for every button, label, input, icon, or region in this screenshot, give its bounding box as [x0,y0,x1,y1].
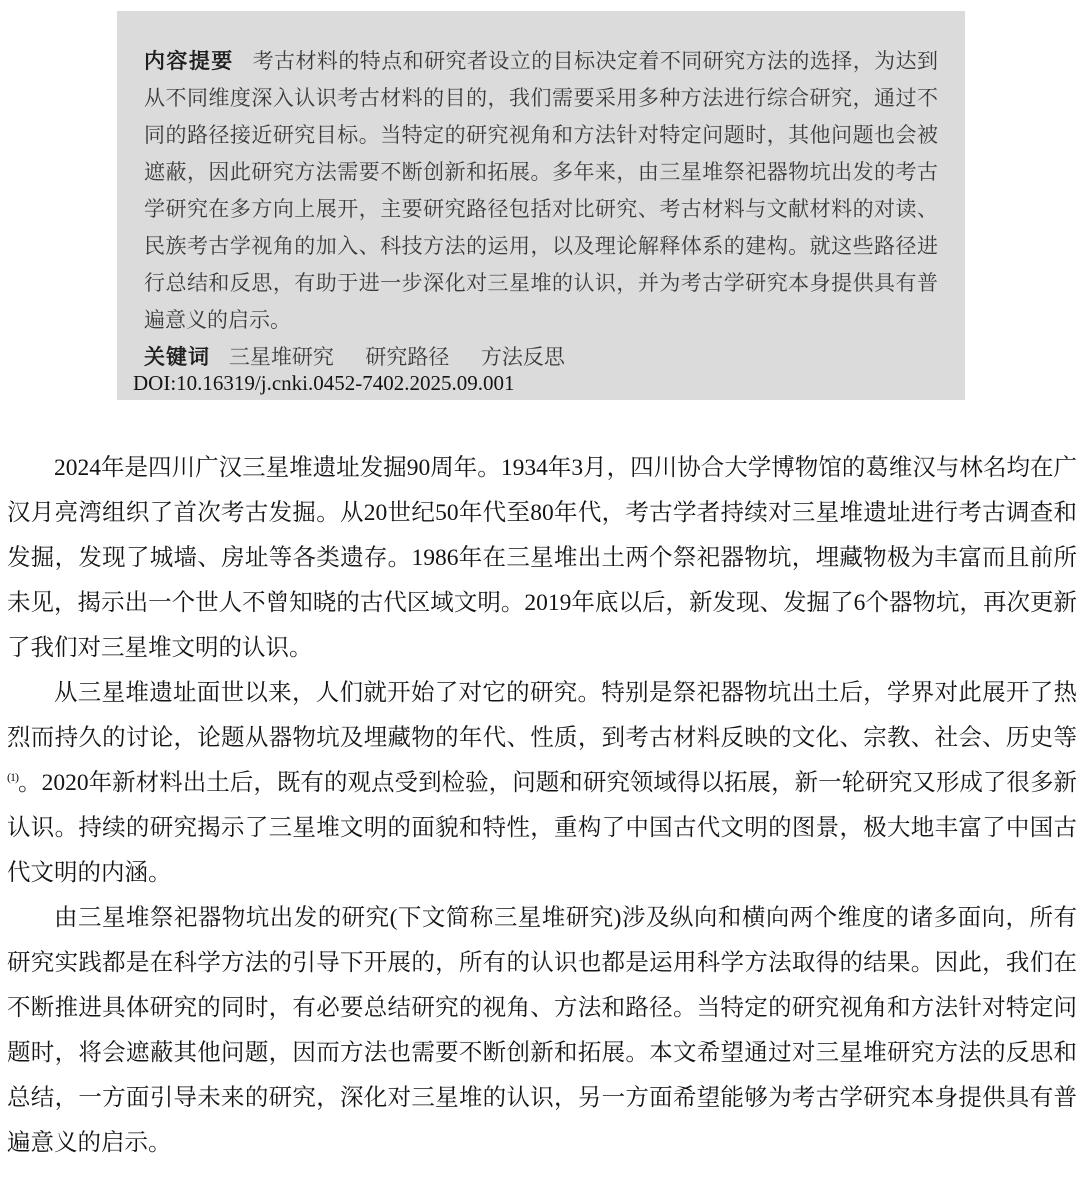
keyword-1: 三星堆研究 [229,346,334,369]
paragraph-2-text-after-note: 。2020年新材料出土后，既有的观点受到检验，问题和研究领域得以拓展，新一轮研究… [7,770,1077,886]
abstract-label: 内容提要 [144,50,234,73]
body-paragraph-1: 2024年是四川广汉三星堆遗址发掘90周年。1934年3月，四川协合大学博物馆的… [7,446,1077,671]
keyword-2: 研究路径 [365,346,449,369]
doi-line: DOI:10.16319/j.cnki.0452-7402.2025.09.00… [133,369,514,397]
body-paragraph-2: 从三星堆遗址面世以来，人们就开始了对它的研究。特别是祭祀器物坑出土后，学界对此展… [7,671,1077,896]
body-paragraph-3: 由三星堆祭祀器物坑出发的研究(下文简称三星堆研究)涉及纵向和横向两个维度的诸多面… [7,896,1077,1166]
paragraph-2-text-before-note: 从三星堆遗址面世以来，人们就开始了对它的研究。特别是祭祀器物坑出土后，学界对此展… [7,680,1077,751]
abstract-box: 内容提要考古材料的特点和研究者设立的目标决定着不同研究方法的选择，为达到从不同维… [117,11,965,400]
footnote-marker: (1) [7,770,18,784]
article-page: 内容提要考古材料的特点和研究者设立的目标决定着不同研究方法的选择，为达到从不同维… [0,0,1083,1177]
article-body: 2024年是四川广汉三星堆遗址发掘90周年。1934年3月，四川协合大学博物馆的… [7,446,1077,1166]
abstract-paragraph: 内容提要考古材料的特点和研究者设立的目标决定着不同研究方法的选择，为达到从不同维… [144,43,938,339]
keywords-label: 关键词 [144,346,210,369]
keyword-3: 方法反思 [481,346,565,369]
abstract-text: 考古材料的特点和研究者设立的目标决定着不同研究方法的选择，为达到从不同维度深入认… [144,50,938,332]
